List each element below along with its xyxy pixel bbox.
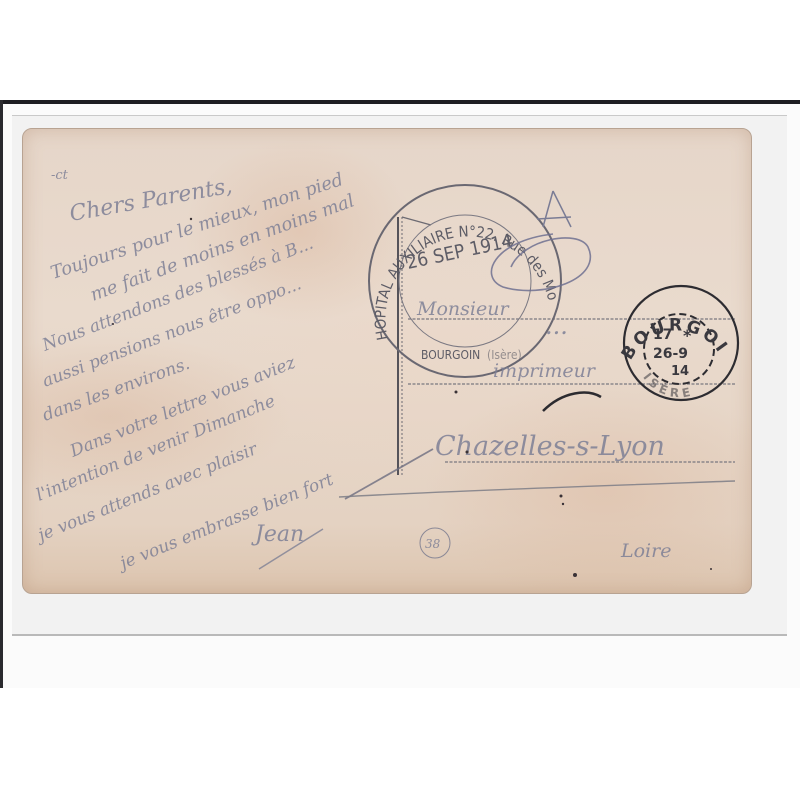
address-profession: imprimeur xyxy=(493,360,597,382)
scan-edge-left xyxy=(0,100,3,688)
postmark-date: 26-9 xyxy=(653,346,688,362)
postmark-hour: 17 xyxy=(653,327,672,343)
postmark-year: 14 xyxy=(671,364,689,379)
address-department: Loire xyxy=(620,540,671,562)
address-name: ... xyxy=(545,312,568,340)
hospital-stamp-city: BOURGOIN xyxy=(421,348,480,362)
svg-text:38: 38 xyxy=(425,537,441,551)
postmark: BOURGOIN ISÈRE 17 * 26-9 14 xyxy=(23,129,738,401)
postmark-star: * xyxy=(683,326,692,345)
corner-mark: -ct xyxy=(51,168,69,183)
address-underline xyxy=(339,481,735,497)
inventory-mark: 38 xyxy=(420,528,450,558)
handwritten-message: Chers Parents, Toujours pour le mieux, m… xyxy=(32,169,358,575)
postcard-content: -ct Chers Parents, Toujours pour le mieu… xyxy=(23,129,751,593)
signature: Jean xyxy=(251,522,304,547)
address-town: Chazelles-s-Lyon xyxy=(435,431,665,462)
postcard-back: -ct Chers Parents, Toujours pour le mieu… xyxy=(22,128,752,594)
address-title: Monsieur xyxy=(416,298,510,320)
scan-edge-top xyxy=(0,100,800,104)
